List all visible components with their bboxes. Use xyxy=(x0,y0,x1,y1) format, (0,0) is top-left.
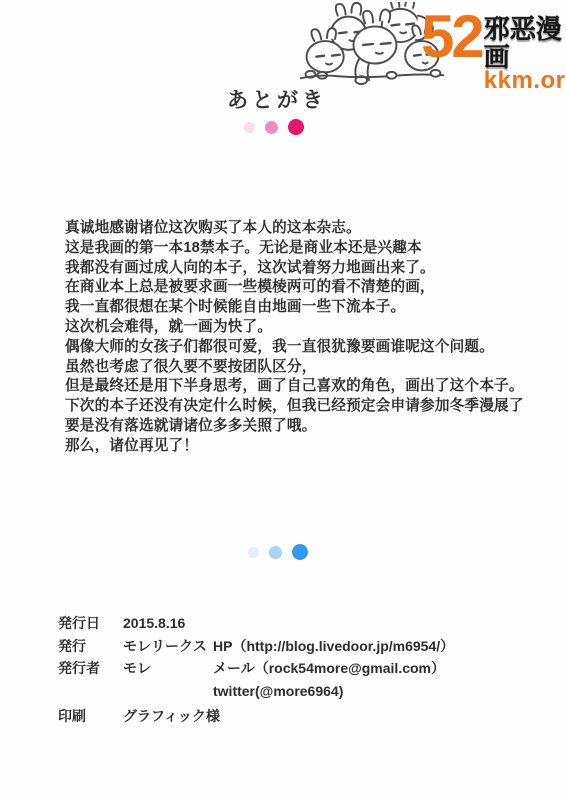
afterword-line: 虽然也考虑了很久要不要按团队区分， xyxy=(65,358,535,378)
afterword-text: 真诚地感谢诸位这次购买了本人的这本杂志。 这是我画的第一本18禁本子。无论是商业… xyxy=(65,219,535,457)
colophon-label: 印刷 xyxy=(58,705,123,728)
colophon-value: 2015.8.16 xyxy=(123,612,213,635)
site-watermark-logo: 52 邪恶漫画 kkm.org xyxy=(421,6,566,93)
afterword-line: 但是最终还是用下半身思考，画了自己喜欢的角色，画出了这个本子。 xyxy=(65,377,535,397)
blue-dots-divider xyxy=(248,544,308,560)
afterword-line: 下次的本子还没有决定什么时候，但我已经预定会申请参加冬季漫展了 xyxy=(65,397,535,417)
afterword-page: 52 邪恶漫画 kkm.org あとがき 真诚地感谢诸位这次购买了本人的这本杂志… xyxy=(0,0,566,800)
colophon-label xyxy=(58,680,123,703)
colophon-row: 発行者 モレ メール（rock54more@gmail.com） xyxy=(58,657,454,680)
colophon-label: 発行日 xyxy=(58,612,123,635)
colophon-row: twitter(@more6964) xyxy=(58,680,454,703)
colophon-row: 発行 モレリークス HP（http://blog.livedoor.jp/m69… xyxy=(58,635,454,658)
colophon-value xyxy=(123,680,213,703)
colophon-value: グラフィック様 xyxy=(123,705,213,728)
logo-number: 52 xyxy=(421,6,482,68)
blue-dot-icon xyxy=(292,544,308,560)
afterword-line: 这是我画的第一本18禁本子。无论是商业本还是兴趣本 xyxy=(65,239,535,259)
pink-dot-icon xyxy=(244,122,255,133)
afterword-line: 在商业本上总是被要求画一些模棱两可的看不清楚的画， xyxy=(65,278,535,298)
colophon-label: 発行者 xyxy=(58,657,123,680)
blue-dot-icon xyxy=(248,547,259,558)
afterword-line: 偶像大师的女孩子们都很可爱，我一直很犹豫要画谁呢这个问题。 xyxy=(65,338,535,358)
colophon: 発行日 2015.8.16 発行 モレリークス HP（http://blog.l… xyxy=(58,612,454,728)
pink-dot-icon xyxy=(288,119,304,135)
afterword-line: 这次机会难得，就一画为快了。 xyxy=(65,318,535,338)
colophon-extra: メール（rock54more@gmail.com） xyxy=(213,657,445,680)
page-title: あとがき xyxy=(0,84,554,114)
colophon-value: モレ xyxy=(123,657,213,680)
afterword-line: 真诚地感谢诸位这次购买了本人的这本杂志。 xyxy=(65,219,535,239)
afterword-line: 那么，诸位再见了！ xyxy=(65,437,535,457)
pink-dots-divider xyxy=(244,119,304,135)
logo-cn-text: 邪恶漫画 xyxy=(484,15,566,71)
afterword-line: 我一直都很想在某个时候能自由地画一些下流本子。 xyxy=(65,298,535,318)
colophon-row: 発行日 2015.8.16 xyxy=(58,612,454,635)
colophon-value: モレリークス xyxy=(123,635,213,658)
afterword-line: 要是没有落选就请诸位多多关照了哦。 xyxy=(65,417,535,437)
blue-dot-icon xyxy=(269,546,282,559)
pink-dot-icon xyxy=(265,121,278,134)
colophon-row: 印刷 グラフィック様 xyxy=(58,705,454,728)
colophon-label: 発行 xyxy=(58,635,123,658)
afterword-line: 我都没有画过成人向的本子，这次试着努力地画出来了。 xyxy=(65,259,535,279)
colophon-extra: twitter(@more6964) xyxy=(213,680,343,703)
colophon-extra: HP（http://blog.livedoor.jp/m6954/） xyxy=(213,635,454,658)
